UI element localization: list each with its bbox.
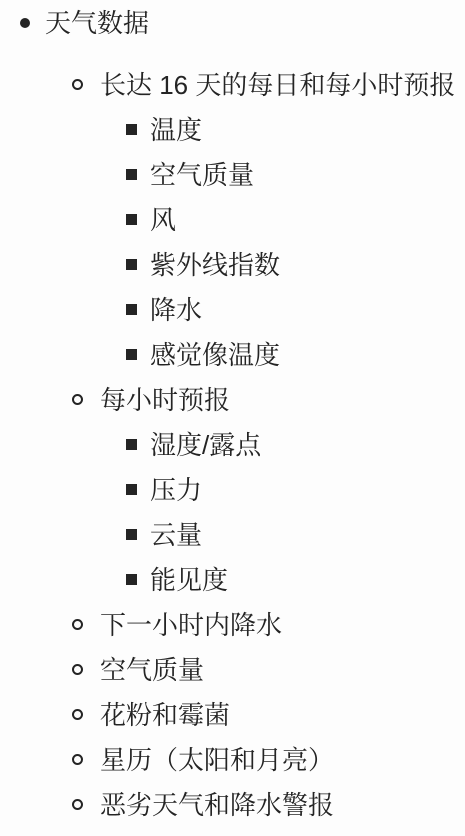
list-item-label: 感觉像温度: [150, 342, 280, 368]
bullet-square-icon: [126, 169, 137, 180]
list-item-hourly-forecast: 每小时预报 湿度/露点 压力: [0, 377, 465, 602]
bullet-square-icon: [126, 529, 137, 540]
list-row-air-quality-main: 空气质量: [0, 647, 465, 692]
list-item-label: 恶劣天气和降水警报: [100, 792, 334, 818]
bullet-square-icon: [126, 124, 137, 135]
list-item-label: 能见度: [150, 567, 228, 593]
bullet-square-icon: [126, 259, 137, 270]
list-item-label: 星历（太阳和月亮）: [100, 747, 334, 773]
list-row-next-hour-precipitation: 下一小时内降水: [0, 602, 465, 647]
list-item-air-quality: 空气质量: [0, 152, 465, 197]
list-row-forecast-16-days: 长达 16 天的每日和每小时预报: [0, 62, 465, 107]
list-item-label: 每小时预报: [100, 387, 230, 413]
bullet-circle-icon: [72, 709, 83, 720]
list-item-label: 空气质量: [100, 657, 204, 683]
list-item-label: 风: [150, 207, 176, 233]
list-item-label: 压力: [150, 477, 202, 503]
bullet-circle-icon: [72, 754, 83, 765]
bullet-circle-icon: [72, 799, 83, 810]
list-row-weather-data: 天气数据: [0, 0, 465, 45]
bullet-square-icon: [126, 574, 137, 585]
list-item-weather-data: 天气数据 长达 16 天的每日和每小时预报 温度: [0, 0, 465, 827]
bullet-square-icon: [126, 349, 137, 360]
list-item-cloud-cover: 云量: [0, 512, 465, 557]
list-row-precipitation: 降水: [0, 287, 465, 332]
list-item-label: 空气质量: [150, 162, 254, 188]
list-item-pressure: 压力: [0, 467, 465, 512]
bullet-disc-icon: [20, 18, 30, 28]
list-item-visibility: 能见度: [0, 557, 465, 602]
list-row-feels-like: 感觉像温度: [0, 332, 465, 377]
list-item-label: 降水: [150, 297, 202, 323]
list-item-label: 紫外线指数: [150, 252, 280, 278]
list-item-label: 天气数据: [45, 10, 149, 36]
list-item-label: 花粉和霉菌: [100, 702, 230, 728]
bullet-circle-icon: [72, 619, 83, 630]
list-item-label: 下一小时内降水: [100, 612, 282, 638]
bullet-circle-icon: [72, 394, 83, 405]
hourly-forecast-sublist: 湿度/露点 压力 云量: [0, 422, 465, 602]
weather-data-sublist: 长达 16 天的每日和每小时预报 温度 空气质量: [0, 62, 465, 827]
list-item-next-hour-precipitation: 下一小时内降水: [0, 602, 465, 647]
bullet-square-icon: [126, 484, 137, 495]
list-row-air-quality: 空气质量: [0, 152, 465, 197]
list-item-ephemeris: 星历（太阳和月亮）: [0, 737, 465, 782]
list-item-air-quality-main: 空气质量: [0, 647, 465, 692]
list-item-forecast-16-days: 长达 16 天的每日和每小时预报 温度 空气质量: [0, 62, 465, 377]
list-item-humidity-dew-point: 湿度/露点: [0, 422, 465, 467]
list-row-hourly-forecast: 每小时预报: [0, 377, 465, 422]
list-row-visibility: 能见度: [0, 557, 465, 602]
list-row-severe-weather-alerts: 恶劣天气和降水警报: [0, 782, 465, 827]
list-item-label: 湿度/露点: [150, 432, 261, 458]
list-item-precipitation: 降水: [0, 287, 465, 332]
list-item-wind: 风: [0, 197, 465, 242]
list-row-wind: 风: [0, 197, 465, 242]
list-item-feels-like: 感觉像温度: [0, 332, 465, 377]
list-item-temperature: 温度: [0, 107, 465, 152]
list-row-cloud-cover: 云量: [0, 512, 465, 557]
list-row-temperature: 温度: [0, 107, 465, 152]
list-item-pollen-mold: 花粉和霉菌: [0, 692, 465, 737]
bullet-square-icon: [126, 304, 137, 315]
list-item-label: 长达 16 天的每日和每小时预报: [100, 72, 455, 98]
forecast-16-days-sublist: 温度 空气质量 风: [0, 107, 465, 377]
bullet-circle-icon: [72, 664, 83, 675]
weather-data-list: 天气数据 长达 16 天的每日和每小时预报 温度: [0, 0, 465, 827]
list-item-severe-weather-alerts: 恶劣天气和降水警报: [0, 782, 465, 827]
bullet-square-icon: [126, 439, 137, 450]
list-row-pressure: 压力: [0, 467, 465, 512]
list-item-uv-index: 紫外线指数: [0, 242, 465, 287]
list-row-humidity-dew-point: 湿度/露点: [0, 422, 465, 467]
list-item-label: 云量: [150, 522, 202, 548]
list-row-pollen-mold: 花粉和霉菌: [0, 692, 465, 737]
list-item-label: 温度: [150, 117, 202, 143]
bullet-square-icon: [126, 214, 137, 225]
list-row-uv-index: 紫外线指数: [0, 242, 465, 287]
list-row-ephemeris: 星历（太阳和月亮）: [0, 737, 465, 782]
bullet-circle-icon: [72, 79, 83, 90]
